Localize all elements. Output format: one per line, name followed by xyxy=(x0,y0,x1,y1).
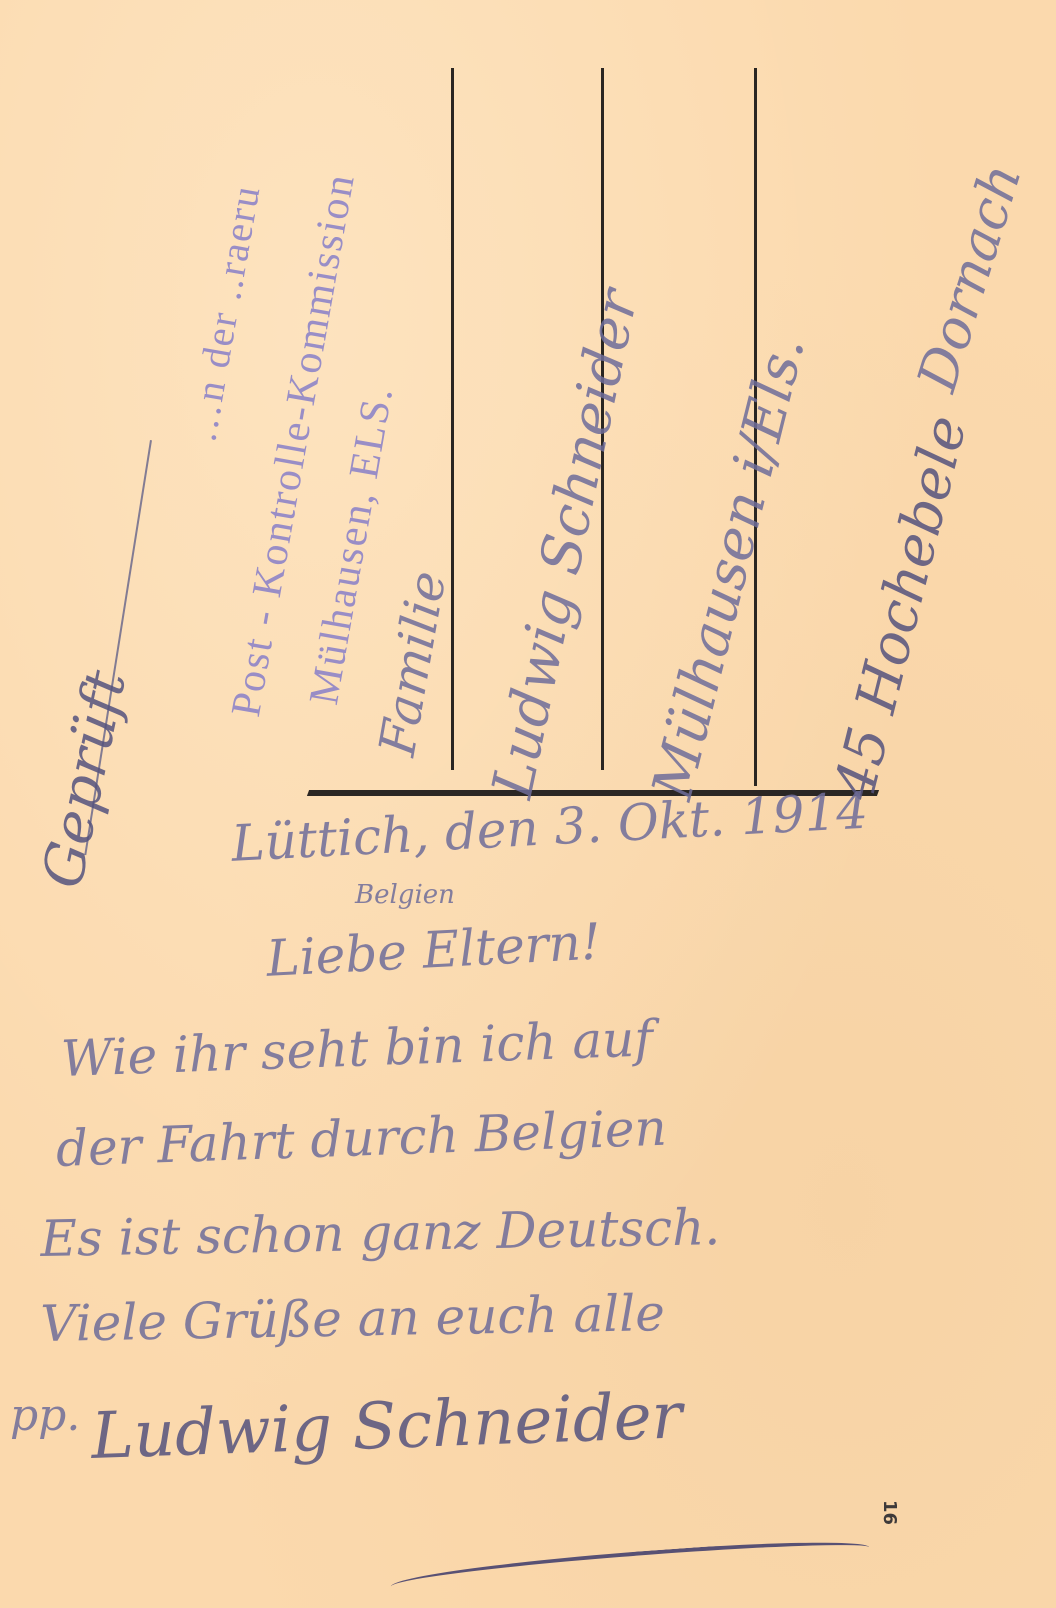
signature-flourish xyxy=(390,1535,871,1598)
address-rule-1 xyxy=(451,68,454,770)
address-line-1: Familie xyxy=(368,567,457,760)
message-greeting: Liebe Eltern! xyxy=(265,912,602,987)
message-line-1: Wie ihr seht bin ich auf xyxy=(60,1009,654,1088)
address-line-3: Mülhausen i/Els. xyxy=(640,329,818,805)
message-line-4: Viele Grüße an euch alle xyxy=(40,1284,665,1353)
signature: Ludwig Schneider xyxy=(90,1379,683,1474)
censor-stamp-line-1: …n der ..raeru xyxy=(178,181,270,446)
address-line-2: Ludwig Schneider xyxy=(480,284,651,803)
message-line-2: der Fahrt durch Belgien xyxy=(55,1099,668,1178)
print-number: 16 xyxy=(879,1500,900,1525)
message-place-note: Belgien xyxy=(355,880,455,910)
message-line-3: Es ist schon ganz Deutsch. xyxy=(40,1198,721,1268)
signature-prefix: pp. xyxy=(10,1390,80,1441)
address-line-4: 45 Hochebele xyxy=(822,409,980,805)
censor-handwritten-mark: Geprüft xyxy=(30,665,139,894)
address-line-5: Dornach xyxy=(905,157,1034,399)
